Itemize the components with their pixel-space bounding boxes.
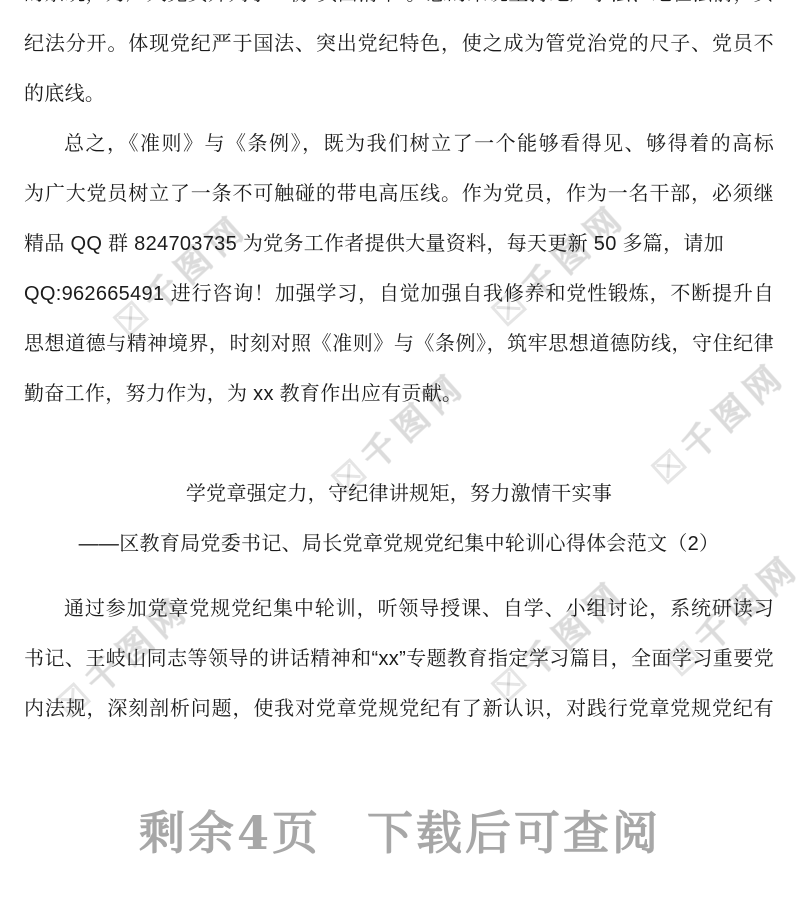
doc-heading: 学党章强定力，守纪律讲规矩，努力激情干实事 [24,469,774,519]
doc-line: 思想道德与精神境界，时刻对照《准则》与《条例》，筑牢思想道德防线，守住纪律底线， [24,319,774,369]
doc-line: 内法规，深刻剖析问题，使我对党章党规党纪有了新认识，对践行党章党规党纪有了新思 [24,684,774,734]
doc-line: 书记、王岐山同志等领导的讲话精神和“xx”专题教育指定学习篇目，全面学习重要党 [24,634,774,684]
download-hint-label: 下载后可查阅 [367,797,661,863]
doc-subheading: ——区教育局党委书记、局长党章党规党纪集中轮训心得体会范文（2） [24,519,774,569]
doc-line: 总之，《准则》与《条例》，既为我们树立了一个能够看得见、够得着的高标准，又 [24,119,774,169]
doc-line-qq-contact: QQ:962665491 进行咨询！加强学习，自觉加强自我修养和党性锻炼，不断提… [24,269,774,319]
pages-remaining-label: 剩余4页 [139,797,321,863]
doc-line: 通过参加党章党规党纪集中轮训，听领导授课、自学、小组讨论，系统研读习近平总 [24,584,774,634]
doc-line: 的底线。 [24,69,774,119]
document-body: 的系统，为广大党员开列了一份“负面清单”。总的来说坚持纪严于法、纪在法前，实现 … [24,0,774,734]
document-page: 千图网 千图网 千图网 千图网 千图网 千图网 千图网 的系统，为广大党员开列了… [0,0,800,914]
doc-line-qq-group: 精品 QQ 群 824703735 为党务工作者提供大量资料，每天更新 50 多… [24,219,774,269]
spacer [24,569,774,584]
doc-line: 勤奋工作，努力作为，为 xx 教育作出应有贡献。 [24,369,774,419]
doc-line: 为广大党员树立了一条不可触碰的带电高压线。作为党员，作为一名干部，必须继续党务 [24,169,774,219]
doc-line: 纪法分开。体现党纪严于国法、突出党纪特色，使之成为管党治党的尺子、党员不可逾越 [24,19,774,69]
blank-line [24,419,774,469]
doc-line-clipped: 的系统，为广大党员开列了一份“负面清单”。总的来说坚持纪严于法、纪在法前，实现 [24,0,774,19]
preview-footer: 剩余4页 下载后可查阅 [0,798,800,862]
